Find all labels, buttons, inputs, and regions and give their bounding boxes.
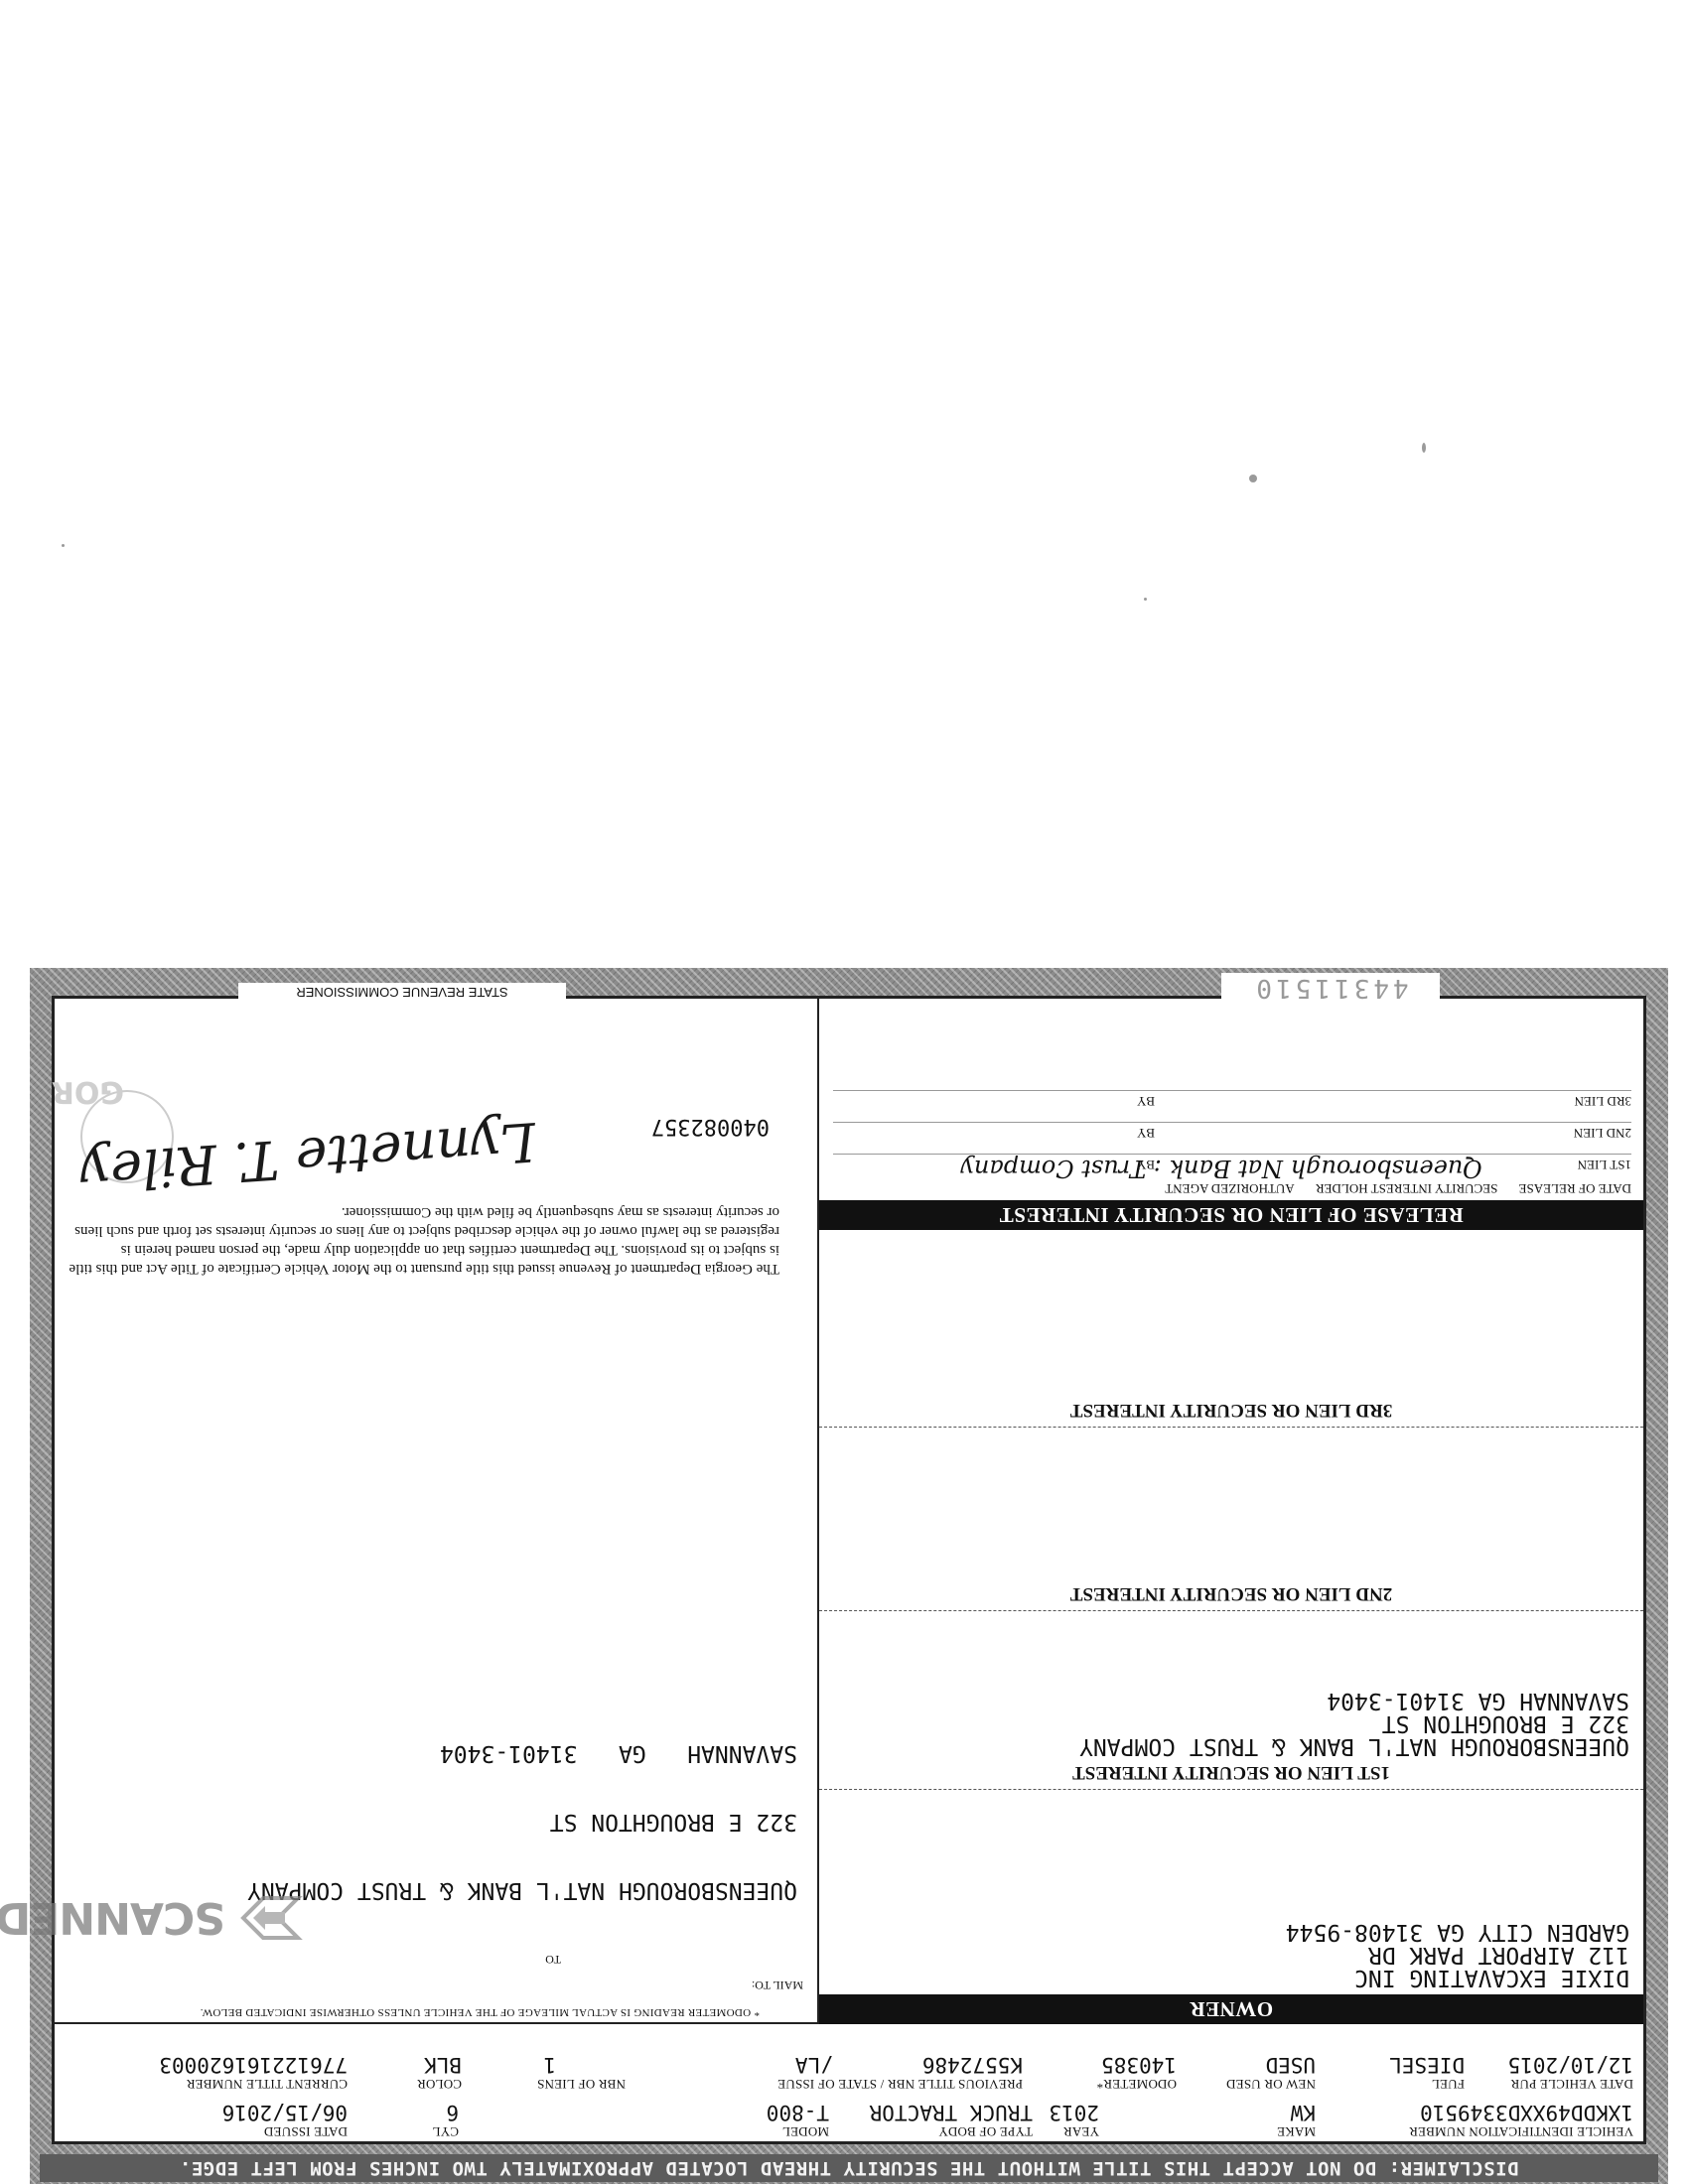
release-row-1st-lien: 1ST LIEN Queensborough Nat Bank : Trust … bbox=[833, 1154, 1631, 1180]
date-issued-field: DATE ISSUED 06/15/2016 bbox=[222, 2102, 348, 2139]
year-field: YEAR 2013 bbox=[1049, 2102, 1099, 2139]
certificate-of-title: DISCLAIMER: DO NOT ACCEPT THIS TITLE WIT… bbox=[30, 968, 1668, 2184]
barcode bbox=[112, 1320, 648, 1382]
second-lien-section: 2ND LIEN OR SECURITY INTEREST bbox=[819, 1427, 1643, 1611]
odometer-note: * ODOMETER READING IS ACTUAL MILEAGE OF … bbox=[200, 2006, 760, 2018]
document-number: 040082357 bbox=[651, 1114, 770, 1139]
commissioner-label: STATE REVENUE COMMISSIONER bbox=[238, 983, 566, 1003]
current-title-number-field: CURRENT TITLE NUMBER 776122161620003 bbox=[159, 2054, 348, 2092]
number-of-liens-field: NBR OF LIENS 1 bbox=[537, 2054, 626, 2092]
control-number: 44311510 bbox=[1221, 973, 1440, 1003]
to-label: TO bbox=[545, 1952, 561, 1967]
vehicle-details: VEHICLE IDENTIFICATION NUMBER 1XKDD49XXD… bbox=[55, 2024, 1643, 2141]
scan-speck bbox=[1144, 598, 1147, 601]
third-lien-section: 3RD LIEN OR SECURITY INTEREST bbox=[819, 1228, 1643, 1428]
color-field: COLOR BLK bbox=[417, 2054, 462, 2092]
owner-lien-column: OWNER DIXIE EXCAVATING INC 112 AIRPORT P… bbox=[817, 999, 1643, 2024]
divider bbox=[55, 2022, 819, 2024]
title-frame: VEHICLE IDENTIFICATION NUMBER 1XKDD49XXD… bbox=[52, 996, 1646, 2144]
owner-address: DIXIE EXCAVATING INC 112 AIRPORT PARK DR… bbox=[1286, 1920, 1629, 1988]
cyl-field: CYL 6 bbox=[432, 2102, 459, 2139]
scan-speck bbox=[1422, 443, 1426, 453]
lien-release-signature: Queensborough Nat Bank : Trust Company bbox=[960, 1155, 1482, 1182]
certification-statement: The Georgia Department of Revenue issued… bbox=[65, 1202, 779, 1278]
first-lien-section: 1ST LIEN OR SECURITY INTEREST QUEENSBORO… bbox=[819, 1610, 1643, 1790]
mail-to-label: MAIL TO: bbox=[752, 1978, 803, 1992]
first-lien-holder: QUEENSBOROUGH NAT'L BANK & TRUST COMPANY… bbox=[1079, 1689, 1629, 1757]
body-type-field: TYPE OF BODY TRUCK TRACTOR bbox=[870, 2102, 1033, 2139]
fuel-field: FUEL DIESEL bbox=[1389, 2054, 1465, 2092]
date-purchased-field: DATE VEHICLE PUR 12/10/2015 bbox=[1508, 2054, 1633, 2092]
scanned-stamp: SCANNED bbox=[0, 1888, 303, 1948]
disclaimer-banner: DISCLAIMER: DO NOT ACCEPT THIS TITLE WIT… bbox=[40, 2154, 1658, 2182]
model-field: MODEL T-800 bbox=[767, 2102, 829, 2139]
release-row-3rd-lien: 3RD LIEN BY bbox=[833, 1090, 1631, 1117]
watermark: GOR bbox=[52, 1074, 124, 1109]
previous-title-field: PREVIOUS TITLE NBR / STATE OF ISSUE K557… bbox=[777, 2054, 1023, 2092]
scan-speck bbox=[1249, 475, 1257, 482]
make-field: MAKE KW bbox=[1277, 2102, 1316, 2139]
new-used-field: NEW OR USED USED bbox=[1226, 2054, 1316, 2092]
release-column-labels: DATE OF RELEASE SECURITY INTEREST HOLDER… bbox=[819, 1180, 1631, 1196]
odometer-field: ODOMETER* 140385 bbox=[1096, 2054, 1177, 2092]
owner-heading: OWNER bbox=[819, 1994, 1643, 2024]
scan-speck bbox=[62, 544, 65, 547]
release-heading: RELEASE OF LIEN OR SECURITY INTEREST bbox=[819, 1200, 1643, 1230]
release-row-2nd-lien: 2ND LIEN BY bbox=[833, 1122, 1631, 1149]
vin-field: VEHICLE IDENTIFICATION NUMBER 1XKDD49XXD… bbox=[1409, 2102, 1633, 2139]
mailing-address: QUEENSBOROUGH NAT'L BANK & TRUST COMPANY… bbox=[247, 1696, 797, 1947]
vin-value: 1XKDD49XXD3349510 bbox=[1409, 2102, 1633, 2123]
scanned-arrow-icon bbox=[233, 1888, 303, 1948]
